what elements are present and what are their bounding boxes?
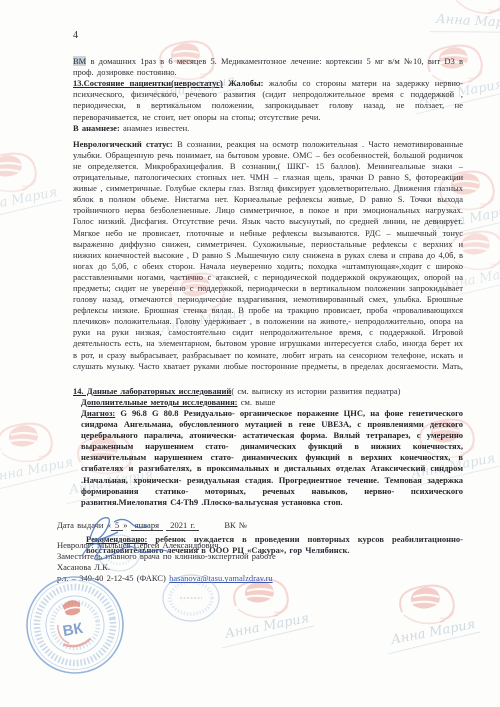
contact-line: р.т. – 349-40 2-12-45 (ФАКС) hasanova@ta… xyxy=(57,573,457,584)
issue-month: января xyxy=(131,520,163,531)
neuro-status-label: Неврологический статус: xyxy=(73,139,173,149)
deputy-title-line: Заместитель главного врача по клинико-эк… xyxy=(57,551,457,562)
diagnosis-label: Диагноз: xyxy=(81,408,115,418)
neurologist-line: Невролог: Мыльцев Сергей Александрович. xyxy=(57,540,457,551)
complaints-label: Жалобы: xyxy=(228,78,263,88)
issue-date-line: Дата выдачи «5» января 2021 г. ВК № xyxy=(57,520,457,531)
clinic-logo-watermark-icon: Анна Мария xyxy=(0,150,72,228)
watermark: Анна Мария xyxy=(214,576,324,654)
vk-number-label: ВК № xyxy=(224,520,247,530)
signature-block: Дата выдачи «5» января 2021 г. ВК № Невр… xyxy=(57,520,457,584)
medication-paragraph: ВМ в домашних 1раз в 6 месяцев 5. Медика… xyxy=(73,56,463,78)
phone-number: р.т. – 349-40 2-12-45 (ФАКС) xyxy=(57,573,166,583)
section13-paragraph: 13.Состояние пациентки(невростатус) Жало… xyxy=(73,78,463,122)
labs-line: 14. Данные лабораторных исследований( см… xyxy=(73,386,463,397)
svg-text:Анна Мария: Анна Мария xyxy=(0,185,58,216)
vm-highlight: ВМ xyxy=(73,56,86,66)
neuro-status-paragraph: Неврологический статус: В сознании, реак… xyxy=(73,139,463,372)
clinic-logo-watermark-icon: Анна Мария xyxy=(380,582,490,660)
additional-methods-line: Дополнительные методы исследования: см. … xyxy=(81,397,463,408)
issue-year: 2021 г. xyxy=(166,520,199,531)
svg-text:Анна Мария: Анна Мария xyxy=(0,455,74,486)
diagnosis-paragraph: Диагноз: G 96.8 G 80.8 Резидуально- орга… xyxy=(81,408,463,508)
watermark: Анна Мария xyxy=(0,150,72,228)
svg-text:Анна Мария: Анна Мария xyxy=(389,617,476,648)
svg-text:Анна Мария: Анна Мария xyxy=(223,611,310,642)
anamnesis-line: В анамнезе: анамнез известен. xyxy=(73,123,463,134)
clinic-logo-watermark-icon: Анна Мария xyxy=(214,576,324,654)
scanned-medical-report-page: Анна Мария Анна Мария Анна Мария Анна Ма… xyxy=(0,0,500,707)
watermark: Анна Мария xyxy=(380,582,490,660)
issue-day: 5 xyxy=(111,520,123,531)
page-number: 4 xyxy=(73,30,463,41)
email-link[interactable]: hasanova@tasu.yamalzdrav.ru xyxy=(169,573,273,583)
svg-text:Анна Мария: Анна Мария xyxy=(435,12,500,31)
svg-text:ВК: ВК xyxy=(62,620,85,640)
section13-heading: 13.Состояние пациентки(невростатус) xyxy=(73,78,223,88)
deputy-name-line: Хасанова Л.К. xyxy=(57,562,457,573)
document-body: 4 ВМ в домашних 1раз в 6 месяцев 5. Меди… xyxy=(73,30,463,556)
neurologist-name: Мыльцев Сергей Александрович. xyxy=(97,540,221,550)
